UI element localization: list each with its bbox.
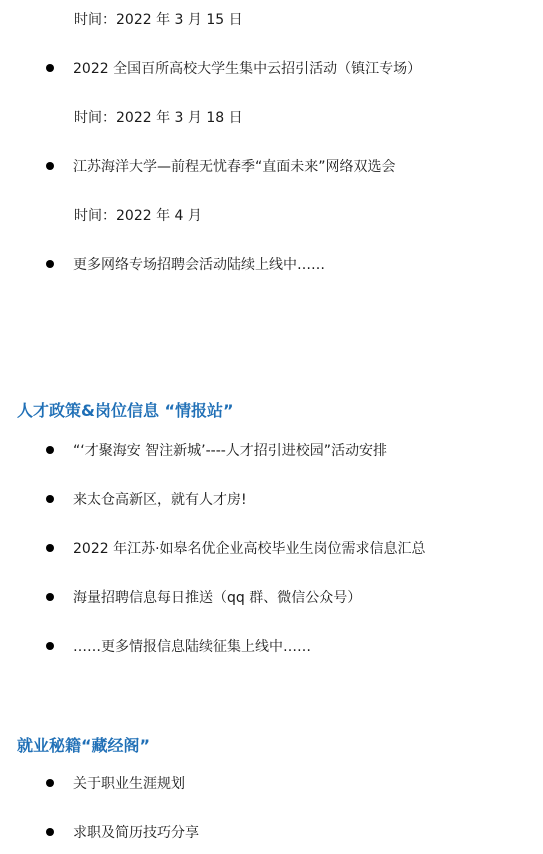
bullet-icon: [46, 544, 54, 552]
bullet-icon: [46, 64, 54, 72]
bullet-icon: [46, 446, 54, 454]
policy-item-label: 来太仓高新区，就有人才房!: [73, 492, 247, 508]
policy-item[interactable]: ……更多情报信息陆续征集上线中……: [46, 637, 311, 657]
tips-item-label: 关于职业生涯规划: [73, 776, 185, 792]
policy-item[interactable]: 2022 年江苏·如皋名优企业高校毕业生岗位需求信息汇总: [46, 539, 426, 559]
bullet-icon: [46, 828, 54, 836]
bullet-icon: [46, 260, 54, 268]
policy-item[interactable]: 来太仓高新区，就有人才房!: [46, 490, 247, 510]
bullet-icon: [46, 642, 54, 650]
section-heading-tips: 就业秘籍“藏经阁”: [17, 735, 150, 757]
bullet-icon: [46, 593, 54, 601]
event-item[interactable]: 更多网络专场招聘会活动陆续上线中……: [46, 255, 325, 275]
policy-item-label: ……更多情报信息陆续征集上线中……: [73, 639, 311, 655]
section-heading-policy: 人才政策&岗位信息 “情报站”: [17, 400, 234, 422]
policy-item[interactable]: 海量招聘信息每日推送（qq 群、微信公众号）: [46, 588, 361, 608]
tips-item-label: 求职及简历技巧分享: [73, 825, 199, 841]
policy-item-label: 2022 年江苏·如皋名优企业高校毕业生岗位需求信息汇总: [73, 541, 426, 557]
event-time: 时间：2022 年 3 月 15 日: [74, 10, 243, 30]
event-item[interactable]: 2022 全国百所高校大学生集中云招引活动（镇江专场）: [46, 59, 421, 79]
event-time: 时间：2022 年 4 月: [74, 206, 202, 226]
policy-item-label: 海量招聘信息每日推送（qq 群、微信公众号）: [73, 590, 361, 606]
event-item[interactable]: 江苏海洋大学—前程无忧春季“直面未来”网络双选会: [46, 157, 396, 177]
event-title: 江苏海洋大学—前程无忧春季“直面未来”网络双选会: [73, 159, 396, 175]
event-title: 2022 全国百所高校大学生集中云招引活动（镇江专场）: [73, 61, 421, 77]
bullet-icon: [46, 162, 54, 170]
bullet-icon: [46, 495, 54, 503]
tips-item[interactable]: 关于职业生涯规划: [46, 774, 185, 794]
event-title: 更多网络专场招聘会活动陆续上线中……: [73, 257, 325, 273]
policy-item-label: “‘才聚海安 智注新城’----人才招引进校园”活动安排: [73, 443, 387, 459]
policy-item[interactable]: “‘才聚海安 智注新城’----人才招引进校园”活动安排: [46, 441, 387, 461]
event-time: 时间：2022 年 3 月 18 日: [74, 108, 243, 128]
tips-item[interactable]: 求职及简历技巧分享: [46, 823, 199, 843]
bullet-icon: [46, 779, 54, 787]
